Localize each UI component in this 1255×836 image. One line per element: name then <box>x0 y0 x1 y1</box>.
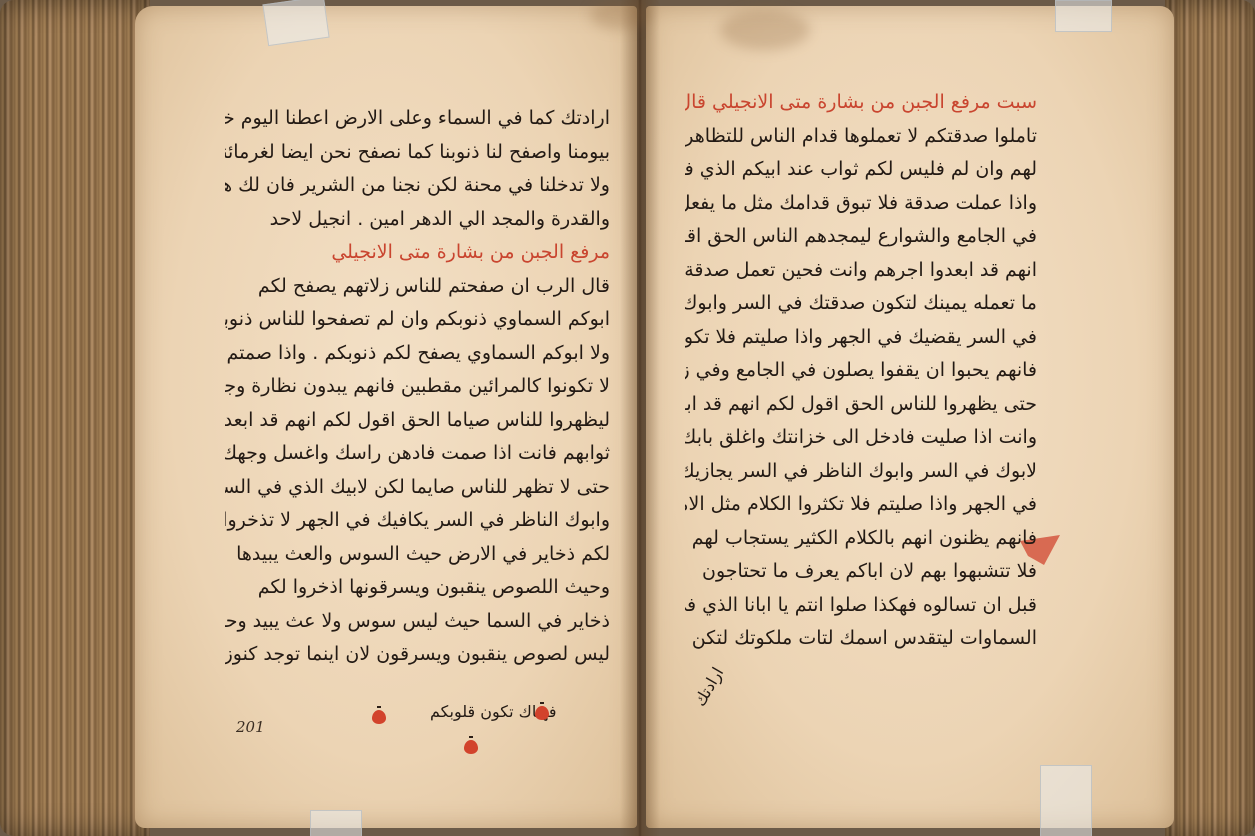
rubric-line: سبت مرفع الجبن من بشارة متى الانجيلي قال… <box>685 86 1037 120</box>
text-line: ليس لصوص ينقبون ويسرقون لان اينما توجد ك… <box>225 638 610 672</box>
text-line: ولا ابوكم السماوي يصفح لكم ذنوبكم . واذا… <box>225 337 610 371</box>
right-page-text: سبت مرفع الجبن من بشارة متى الانجيلي قال… <box>685 86 1037 656</box>
left-page-text: ارادتك كما في السماء وعلى الارض اعطنا ال… <box>225 102 610 672</box>
stain <box>590 0 650 30</box>
folio-number: 201 <box>236 718 265 736</box>
text-line: انهم قد ابعدوا اجرهم وانت فحين تعمل صدقة… <box>685 254 1037 288</box>
tape-strip <box>1040 765 1092 836</box>
tape-strip <box>310 810 362 836</box>
text-line: لكم ذخاير في الارض حيث السوس والعث يبيده… <box>225 538 610 572</box>
text-line: حتى يظهروا للناس الحق اقول لكم انهم قد ا… <box>685 388 1037 422</box>
text-line: فلا تتشبهوا بهم لان اباكم يعرف ما تحتاجو… <box>685 555 1037 589</box>
stain <box>720 10 810 50</box>
text-line: فانهم يظنون انهم بالكلام الكثير يستجاب ل… <box>685 522 1037 556</box>
text-line: لابوك في السر وابوك الناظر في السر يجازي… <box>685 455 1037 489</box>
heart-ornament-icon <box>372 710 386 724</box>
text-line: وابوك الناظر في السر يكافيك في الجهر لا … <box>225 504 610 538</box>
rubric-line: مرفع الجبن من بشارة متى الانجيلي <box>225 236 610 270</box>
text-line: ذخاير في السما حيث ليس سوس ولا عث يبيد و… <box>225 605 610 639</box>
text-line: بيومنا واصفح لنا ذنوبنا كما نصفح نحن ايض… <box>225 136 610 170</box>
text-line: السماوات ليتقدس اسمك لتات ملكوتك لتكن <box>685 622 1037 656</box>
left-page-block-edge <box>0 0 150 836</box>
text-line: وانت اذا صليت فادخل الى خزانتك واغلق باب… <box>685 421 1037 455</box>
text-line: ولا تدخلنا في محنة لكن نجنا من الشرير فا… <box>225 169 610 203</box>
book-gutter <box>620 0 660 836</box>
text-line: واذا عملت صدقة فلا تبوق قدامك مثل ما يفع… <box>685 187 1037 221</box>
text-line: تاملوا صدقتكم لا تعملوها قدام الناس للتظ… <box>685 120 1037 154</box>
right-page-block-edge <box>1165 0 1255 836</box>
text-line: ابوكم السماوي ذنوبكم وان لم تصفحوا للناس… <box>225 303 610 337</box>
text-line: لا تكونوا كالمرائين مقطبين فانهم يبدون ن… <box>225 370 610 404</box>
text-line: في السر يقضيك في الجهر واذا صليتم فلا تك… <box>685 321 1037 355</box>
text-line: ما تعمله يمينك لتكون صدقتك في السر وابوك… <box>685 287 1037 321</box>
manuscript-photo: ارادتك كما في السماء وعلى الارض اعطنا ال… <box>0 0 1255 836</box>
tape-strip <box>1055 0 1112 32</box>
text-line: ارادتك كما في السماء وعلى الارض اعطنا ال… <box>225 102 610 136</box>
text-line: قال الرب ان صفحتم للناس زلاتهم يصفح لكم <box>225 270 610 304</box>
text-line: قبل ان تسالوه فهكذا صلوا انتم يا ابانا ا… <box>685 589 1037 623</box>
heart-ornament-icon <box>464 740 478 754</box>
text-line: ثوابهم فانت اذا صمت فادهن راسك واغسل وجه… <box>225 437 610 471</box>
text-line: حتى لا تظهر للناس صايما لكن لابيك الذي ف… <box>225 471 610 505</box>
text-line: في الجامع والشوارع ليمجدهم الناس الحق اق… <box>685 220 1037 254</box>
heart-ornament-icon <box>535 706 549 720</box>
text-line: فانهم يحبوا ان يقفوا يصلون في الجامع وفي… <box>685 354 1037 388</box>
text-line: في الجهر واذا صليتم فلا تكثروا الكلام مث… <box>685 488 1037 522</box>
text-line: وحيث اللصوص ينقبون ويسرقونها اذخروا لكم <box>225 571 610 605</box>
text-line: والقدرة والمجد الي الدهر امين . انجيل لا… <box>225 203 610 237</box>
text-line: ليظهروا للناس صياما الحق اقول لكم انهم ق… <box>225 404 610 438</box>
text-line: لهم وان لم فليس لكم ثواب عند ابيكم الذي … <box>685 153 1037 187</box>
